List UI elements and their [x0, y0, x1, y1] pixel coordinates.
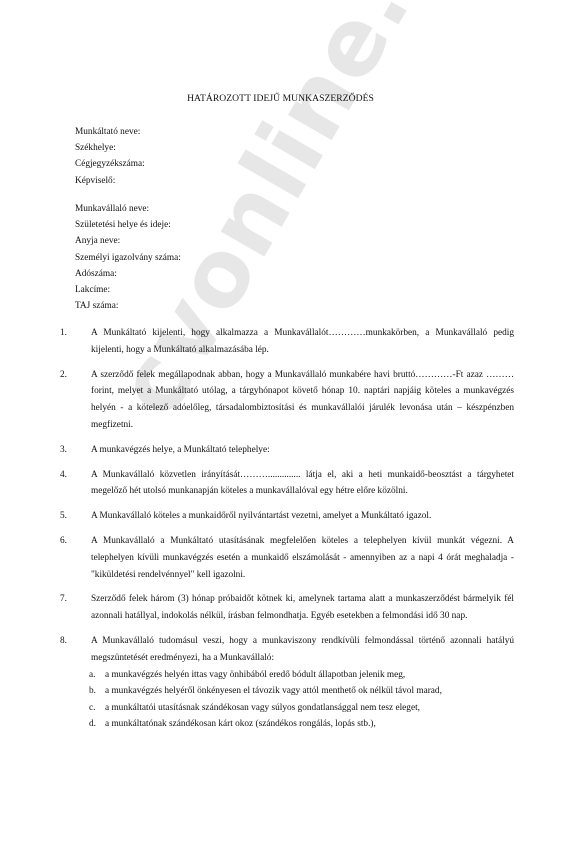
employee-name-label: Munkavállaló neve:: [75, 201, 181, 217]
sub-item-text: a munkáltatói utasításnak szándékosan va…: [105, 703, 420, 713]
clause-number: 2.: [60, 367, 67, 384]
clause-text: A Munkáltató kijelenti, hogy alkalmazza …: [91, 325, 514, 359]
employer-seat-label: Székhelye:: [75, 140, 145, 156]
sub-item-text: a munkavégzés helyén ittas vagy önhibábó…: [105, 670, 405, 680]
employee-id-card-label: Személyi igazolvány száma:: [75, 250, 181, 266]
clause-text: A Munkavállaló a Munkáltató utasításának…: [91, 533, 514, 583]
employer-registration-label: Cégjegyzékszáma:: [75, 156, 145, 172]
employer-name-label: Munkáltató neve:: [75, 124, 145, 140]
employee-birth-label: Születetési helye és ideje:: [75, 217, 181, 233]
clause-sublist: a. a munkavégzés helyén ittas vagy önhib…: [91, 667, 514, 733]
clause-text: A Munkavállaló tudomásul veszi, hogy a m…: [91, 633, 514, 667]
clause-number: 3.: [60, 442, 67, 459]
clause-item: 5. A Munkavállaló köteles a munkaidőről …: [60, 508, 514, 525]
clause-item: 2. A szerződő felek megállapodnak abban,…: [60, 367, 514, 434]
sub-item: b. a munkavégzés helyéről önkényesen el …: [75, 683, 514, 700]
sub-item-letter: b.: [89, 683, 96, 700]
clause-number: 8.: [60, 633, 67, 650]
clause-number: 7.: [60, 591, 67, 608]
employee-fields: Munkavállaló neve: Születetési helye és …: [75, 201, 181, 314]
clause-item: 4. A Munkavállaló közvetlen irányítását……: [60, 467, 514, 501]
clause-text: A Munkavállaló köteles a munkaidőről nyi…: [91, 508, 514, 525]
clause-text: Szerződő felek három (3) hónap próbaidőt…: [91, 591, 514, 625]
clause-text: A szerződő felek megállapodnak abban, ho…: [91, 367, 514, 434]
clause-item: 3. A munkavégzés helye, a Munkáltató tel…: [60, 442, 514, 459]
clause-text: A Munkavállaló közvetlen irányítását……….…: [91, 467, 514, 501]
clause-item: 7. Szerződő felek három (3) hónap próbai…: [60, 591, 514, 625]
sub-item: a. a munkavégzés helyén ittas vagy önhib…: [75, 667, 514, 684]
employer-representative-label: Képviselő:: [75, 173, 145, 189]
clause-item: 1. A Munkáltató kijelenti, hogy alkalmaz…: [60, 325, 514, 359]
clause-number: 6.: [60, 533, 67, 550]
clause-number: 4.: [60, 467, 67, 484]
sub-item-text: a munkavégzés helyéről önkényesen el táv…: [105, 686, 442, 696]
employee-address-label: Lakcíme:: [75, 282, 181, 298]
clause-number: 5.: [60, 508, 67, 525]
sub-item: d. a munkáltatónak szándékosan kárt okoz…: [75, 716, 514, 733]
sub-item: c. a munkáltatói utasításnak szándékosan…: [75, 700, 514, 717]
sub-item-text: a munkáltatónak szándékosan kárt okoz (s…: [105, 719, 376, 729]
sub-item-letter: c.: [89, 700, 95, 717]
document-title: HATÁROZOTT IDEJŰ MUNKASZERZŐDÉS: [0, 93, 561, 104]
sub-item-letter: a.: [89, 667, 95, 684]
clause-number: 1.: [60, 325, 67, 342]
clause-list: 1. A Munkáltató kijelenti, hogy alkalmaz…: [60, 325, 514, 741]
clause-text: A munkavégzés helye, a Munkáltató teleph…: [91, 442, 514, 459]
clause-item: 6. A Munkavállaló a Munkáltató utasításá…: [60, 533, 514, 583]
employer-fields: Munkáltató neve: Székhelye: Cégjegyzéksz…: [75, 124, 145, 189]
employee-tax-number-label: Adószáma:: [75, 266, 181, 282]
clause-item: 8. A Munkavállaló tudomásul veszi, hogy …: [60, 633, 514, 733]
sub-item-letter: d.: [89, 716, 96, 733]
employee-taj-label: TAJ száma:: [75, 298, 181, 314]
document-page: cvonline.hu HATÁROZOTT IDEJŰ MUNKASZERZŐ…: [0, 0, 561, 867]
employee-mother-name-label: Anyja neve:: [75, 233, 181, 249]
